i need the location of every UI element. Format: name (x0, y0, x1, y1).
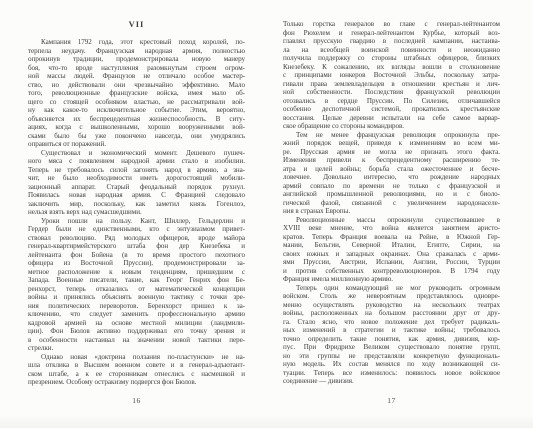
text-line: ну как какое-то исключительное событие. … (28, 106, 245, 115)
text-line: нельзя взять верх над сумасшедшими. (28, 208, 245, 217)
text-line: ции). Фон Бюлов активно поддерживал его … (28, 327, 245, 336)
text-line: генерал-квартирмейстерского штаба фон де… (28, 242, 245, 251)
left-page: VII Кампания 1792 года, этот крестовый п… (28, 20, 245, 387)
text-line: кратов. Теперь Франция воевала на Рейне,… (283, 233, 500, 242)
text-line: Франция имела миллионную армию. (283, 275, 500, 284)
text-line: Существовал и экономический момент. Деше… (28, 149, 245, 158)
text-line: своих южных и западных окраинах. Она сра… (283, 250, 500, 259)
text-line: ском штабе, а к ее сторонникам отнеслись… (28, 370, 245, 379)
text-line: презрением. Особому остракизму подвергся… (28, 378, 245, 387)
text-line: точно определить такие понятия, как арми… (283, 335, 500, 344)
text-line: ство, но действовали они чрезвычайно эфф… (28, 81, 245, 90)
left-page-number: 16 (28, 396, 245, 405)
text-line: ями Пруссии, Австрии, Испании, Англии, Р… (283, 258, 500, 267)
text-line: но эти группы не представляли конкретную… (283, 352, 500, 361)
text-line: щего со стоящей особняком властью, не ра… (28, 98, 245, 107)
text-line: га. Стало ясно, что новое положение дел … (283, 318, 500, 327)
text-line: ной массы людей. Французов не отличало о… (28, 72, 245, 81)
text-line: ного мяса с появлением народной армии ст… (28, 157, 245, 166)
text-line: ствовал революцию. Ряд молодых офицеров,… (28, 234, 245, 243)
text-line: оправиться от поражений. (28, 140, 245, 149)
text-line: восстания. Целые деревни испытали на себ… (283, 114, 500, 123)
text-line: менно осуществлять руководство на нескол… (283, 301, 500, 310)
text-line: офицера из Восточной Пруссии), продемонс… (28, 259, 245, 268)
text-line: особенно деспотичной системой, прокатили… (283, 105, 500, 114)
text-line: войны и принялись объяснять военную такт… (28, 293, 245, 302)
text-line: войском. Столь же невероятным представля… (283, 292, 500, 301)
right-page: Только горстка генералов во главе с гене… (283, 20, 500, 386)
right-page-number: 17 (283, 396, 500, 405)
text-line: отозвались в сердце Пруссии. По Силезии,… (283, 97, 500, 106)
text-line: и против собственных контрреволюционеров… (283, 267, 500, 276)
paragraph: Революционные массы опрокинули существов… (283, 216, 500, 284)
paragraph: Кампания 1792 года, этот крестовый поход… (28, 38, 245, 149)
text-line: ния в странах Европы. (283, 207, 500, 216)
text-line: ское обращение со стороны командиров. (283, 122, 500, 131)
paragraph: Только горстка генералов во главе с гене… (283, 20, 500, 131)
text-line: Уроки пошли на пользу. Кант, Шиллер, Гел… (28, 217, 245, 226)
paragraph: Тем не менее французская революция опрок… (283, 131, 500, 216)
text-line: ренхорст, теперь отказались от математич… (28, 285, 245, 294)
text-line: Революционные массы опрокинули существов… (283, 216, 500, 225)
text-line: английской промышленной революциями, но … (283, 190, 500, 199)
text-line: ре. Прусская армия не могла не признать … (283, 148, 500, 157)
text-line: Кампания 1792 года, этот крестовый поход… (28, 38, 245, 47)
paragraph: Теперь один командующий не мог руководит… (283, 284, 500, 386)
text-line: Изменения привели к беспрецедентному рас… (283, 156, 500, 165)
text-line: армий совпало по времени не только с фра… (283, 182, 500, 191)
text-line: ключению, что следует заменить профессио… (28, 310, 245, 319)
text-line: Тем не менее французская революция опрок… (283, 131, 500, 140)
paragraph: Уроки пошли на пользу. Кант, Шиллер, Гел… (28, 217, 245, 353)
text-line: заключить мир, поскольку, как заметил кн… (28, 200, 245, 209)
text-line: с принципами юнкеров Восточной Эльбы, по… (283, 71, 500, 80)
text-line: ния политических переворотов. Беренхорст… (28, 302, 245, 311)
text-line: ную модель. Их состав менялся по ходу во… (283, 360, 500, 369)
text-line: Запада. Военные писатели, такие, как Гео… (28, 276, 245, 285)
scan-bottom-shadow (0, 415, 533, 428)
text-line: Кнезебеку. К сожалению, их взгляды вошли… (283, 63, 500, 72)
right-page-text: Только горстка генералов во главе с гене… (283, 20, 500, 386)
text-line: в особенности настаивал на значении ново… (28, 336, 245, 345)
text-line: ной собственности. Последствия французск… (283, 88, 500, 97)
text-line: объясняется их беспрецедентная жизнеспос… (28, 115, 245, 124)
text-line: гической фазой, связанной с увеличением … (283, 199, 500, 208)
text-line: пус. При Фридрихе Великом существовало п… (283, 343, 500, 352)
text-line: зационный аппарат. Старый феодальный пор… (28, 183, 245, 192)
text-line: ных изменений в стратегии и тактике войн… (283, 326, 500, 335)
left-page-text: Кампания 1792 года, этот крестовый поход… (28, 38, 245, 387)
text-line: Появилась новая народная армия. С Франци… (28, 191, 245, 200)
text-line: войны, расположенных на большом расстоян… (283, 309, 500, 318)
text-line: того, революционные французские войска, … (28, 89, 245, 98)
text-line: опрокинув традиции, продемонстрировала н… (28, 55, 245, 64)
text-line: Только горстка генералов во главе с гене… (283, 20, 500, 29)
text-line: боя, что-то вроде наступления разомкнуты… (28, 64, 245, 73)
text-line: мании, Бельгии, Северной Италии, Египте,… (283, 241, 500, 250)
text-line: ла на всеобщей воинской повинности и нео… (283, 46, 500, 55)
text-line: Однако новая «доктрина ползания по-пласт… (28, 353, 245, 362)
text-line: соединение — дивизия. (283, 377, 500, 386)
text-line: XVIII веке мнение, что война является за… (283, 224, 500, 233)
text-line: Гердер были не единственными, кто с энту… (28, 225, 245, 234)
text-line: фон Рюхелем и генерал-лейтенантом Курбье… (283, 29, 500, 38)
text-line: шла отклика в Высшем военном совете и в … (28, 361, 245, 370)
paragraph: Существовал и экономический момент. Деше… (28, 149, 245, 217)
text-line: туации. Теперь все изменилось: появилось… (283, 369, 500, 378)
text-line: ациях, когда с вышколенными, хорошо воор… (28, 123, 245, 132)
text-line: главлял прусскую гвардию в последней кам… (283, 37, 500, 46)
text-line: гивали права землевладельцев в отношении… (283, 80, 500, 89)
paragraph: Однако новая «доктрина ползания по-пласт… (28, 353, 245, 387)
text-line: жний порядок вещей, приведя к изменениям… (283, 139, 500, 148)
text-line: чит, не было необходимости иметь дорогос… (28, 174, 245, 183)
text-line: сками было бы уже покончено навсегда, он… (28, 132, 245, 141)
text-line: ловечнее. Довольно интересно, что рожден… (283, 173, 500, 182)
text-line: стрелки. (28, 344, 245, 353)
text-line: атра и целей войны; борьба стала ожесточ… (283, 165, 500, 174)
text-line: Теперь один командующий не мог руководит… (283, 284, 500, 293)
text-line: лейтенанта фон Бойена (в то время просто… (28, 251, 245, 260)
text-line: метное расположение к новым тенденциям, … (28, 268, 245, 277)
text-line: Теперь не требовалось силой загонять нар… (28, 166, 245, 175)
text-line: получила поддержку со стороны штабных оф… (283, 54, 500, 63)
text-line: терпела неудачу. Французская народная ар… (28, 47, 245, 56)
chapter-heading: VII (28, 20, 245, 29)
text-line: кадровой армией на основе местной милици… (28, 319, 245, 328)
